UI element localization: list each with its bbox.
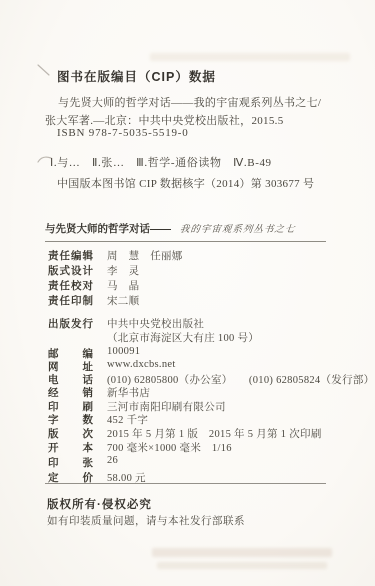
publisher-address: （北京市海淀区大有庄 100 号） xyxy=(107,330,259,345)
cip-record-line: 中国版本图书馆 CIP 数据核字（2014）第 303677 号 xyxy=(57,175,314,191)
cip-title-line: 与先贤大师的哲学对话——我的宇宙观系列丛书之七/ xyxy=(58,94,321,110)
pub-value: 中共中央党校出版社 xyxy=(107,316,204,331)
credit-label: 责任印制 xyxy=(48,293,93,308)
cip-classification-line: Ⅰ.与… Ⅱ.张… Ⅲ.哲学-通俗读物 Ⅳ.B-49 xyxy=(50,154,272,170)
cip-author-line: 张大军著.—北京：中共中央党校出版社，2015.5 xyxy=(45,112,284,128)
book-title: 与先贤大师的哲学对话—— xyxy=(45,221,171,236)
divider-line xyxy=(45,483,326,484)
credit-label: 责任编辑 xyxy=(48,248,93,263)
pub-row-format: 开本 700 毫米×1000 毫米 1/16 xyxy=(48,440,232,455)
pub-row-edition: 版次 2015 年 5 月第 1 版 2015 年 5 月第 1 次印刷 xyxy=(48,426,322,441)
pub-label: 经销 xyxy=(48,385,93,400)
book-title-bar: 与先贤大师的哲学对话—— 我的宇宙观系列丛书之七 xyxy=(45,221,326,242)
pub-value: 26 xyxy=(107,455,118,470)
pub-label: 字数 xyxy=(48,412,93,427)
credit-row-editor: 责任编辑 周 慧 任丽娜 xyxy=(48,248,183,263)
pencil-mark-icon xyxy=(36,62,52,78)
book-copyright-page: 图书在版编目（CIP）数据 与先贤大师的哲学对话——我的宇宙观系列丛书之七/ 张… xyxy=(0,0,375,586)
pub-label: 出版发行 xyxy=(48,316,93,331)
pub-row-sheets: 印张 26 xyxy=(48,455,118,470)
credit-value: 周 慧 任丽娜 xyxy=(107,248,183,263)
pub-label: 版次 xyxy=(48,426,93,441)
credit-value: 李 灵 xyxy=(107,263,139,278)
pub-value: 452 千字 xyxy=(107,412,148,427)
pub-value: 2015 年 5 月第 1 版 2015 年 5 月第 1 次印刷 xyxy=(107,426,322,441)
cip-isbn-line: ISBN 978-7-5035-5519-0 xyxy=(57,127,189,139)
credit-value: 宋二顺 xyxy=(107,293,139,308)
pub-row-distribution: 经销 新华书店 xyxy=(48,385,150,400)
pub-label: 印张 xyxy=(48,455,93,470)
cip-header: 图书在版编目（CIP）数据 xyxy=(57,67,216,85)
bleed-through-artifact-bottom xyxy=(152,548,337,574)
pub-value: 新华书店 xyxy=(107,385,150,400)
credit-row-printing: 责任印制 宋二顺 xyxy=(48,293,139,308)
book-subtitle: 我的宇宙观系列丛书之七 xyxy=(179,221,296,235)
credit-row-proofread: 责任校对 马 晶 xyxy=(48,278,139,293)
pub-row-publisher: 出版发行 中共中央党校出版社 xyxy=(48,316,204,331)
pub-value: 700 毫米×1000 毫米 1/16 xyxy=(107,440,232,455)
credit-value: 马 晶 xyxy=(107,278,139,293)
pub-row-wordcount: 字数 452 千字 xyxy=(48,412,148,427)
credit-label: 版式设计 xyxy=(48,263,93,278)
credit-label: 责任校对 xyxy=(48,278,93,293)
copyright-notice: 版权所有·侵权必究 xyxy=(47,496,152,512)
credit-row-layout: 版式设计 李 灵 xyxy=(48,263,139,278)
bleed-through-artifact-top xyxy=(150,53,355,66)
quality-note: 如有印装质量问题，请与本社发行部联系 xyxy=(47,513,245,528)
pub-label: 开本 xyxy=(48,440,93,455)
